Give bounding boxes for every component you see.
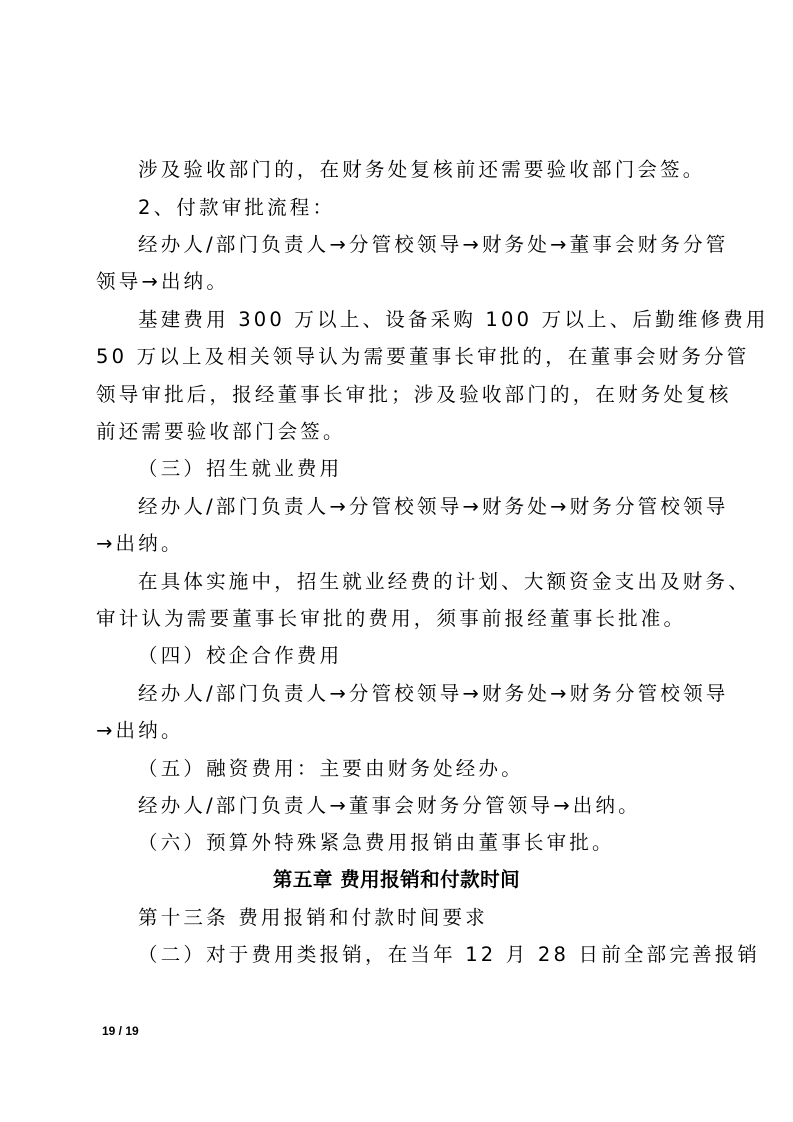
paragraph-line: 领导→出纳。 [96, 270, 698, 294]
paragraph-line: →出纳。 [96, 719, 698, 743]
subsection-heading: （六）预算外特殊紧急费用报销由董事长审批。 [138, 831, 740, 855]
article-heading: 第十三条 费用报销和付款时间要求 [138, 906, 740, 930]
paragraph-line: 领导审批后，报经董事长审批；涉及验收部门的，在财务处复核 [96, 383, 698, 407]
document-page: 涉及验收部门的，在财务处复核前还需要验收部门会签。 2、付款审批流程： 经办人/… [0, 0, 793, 1122]
page-number: 19 / 19 [102, 1024, 139, 1038]
chapter-heading: 第五章 费用报销和付款时间 [0, 868, 793, 892]
paragraph-line: 经办人/部门负责人→分管校领导→财务处→财务分管校领导 [138, 495, 740, 519]
paragraph-line: 基建费用 300 万以上、设备采购 100 万以上、后勤维修费用 [138, 308, 740, 332]
subsection-heading: （五）融资费用：主要由财务处经办。 [138, 757, 740, 781]
paragraph-line: 经办人/部门负责人→分管校领导→财务处→财务分管校领导 [138, 682, 740, 706]
paragraph-line: 经办人/部门负责人→董事会财务分管领导→出纳。 [138, 794, 740, 818]
paragraph-line: 在具体实施中，招生就业经费的计划、大额资金支出及财务、 [138, 570, 740, 594]
subsection-heading: （四）校企合作费用 [138, 644, 740, 668]
paragraph-line: 涉及验收部门的，在财务处复核前还需要验收部门会签。 [138, 158, 740, 182]
paragraph-line: 经办人/部门负责人→分管校领导→财务处→董事会财务分管 [138, 233, 740, 257]
paragraph-line: （二）对于费用类报销，在当年 12 月 28 日前全部完善报销 [138, 943, 740, 967]
paragraph-line: 50 万以上及相关领导认为需要董事长审批的，在董事会财务分管 [96, 345, 698, 369]
paragraph-line: →出纳。 [96, 532, 698, 556]
section-heading-payment-approval: 2、付款审批流程： [138, 196, 740, 220]
subsection-heading: （三）招生就业费用 [138, 457, 740, 481]
paragraph-line: 前还需要验收部门会签。 [96, 420, 698, 444]
paragraph-line: 审计认为需要董事长审批的费用，须事前报经董事长批准。 [96, 607, 698, 631]
